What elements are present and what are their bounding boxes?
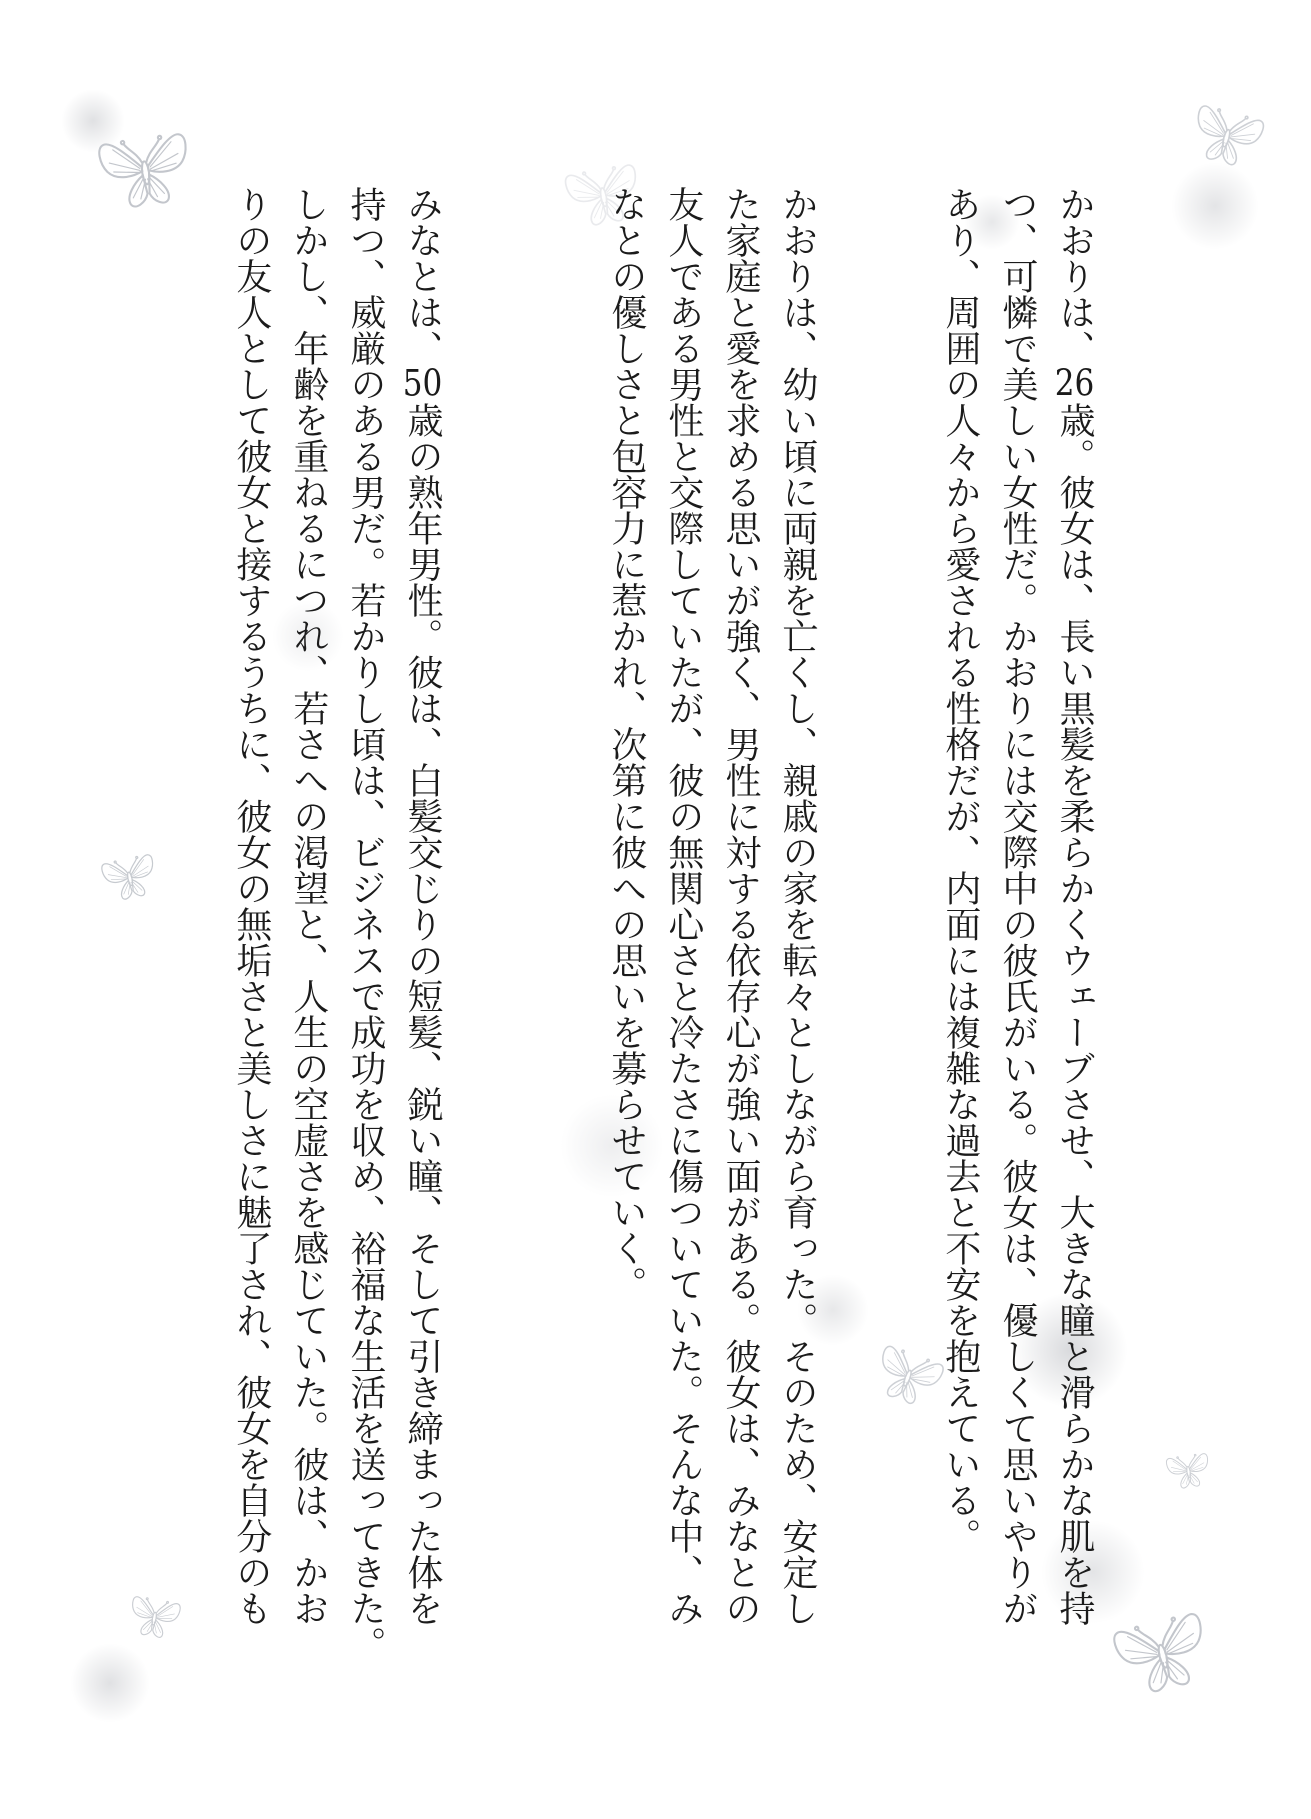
novel-page: かおりは、26歳。彼女は、長い黒髪を柔らかくウェーブさせ、大きな瞳と滑らかな肌を… <box>0 0 1311 1819</box>
butterfly-icon <box>1179 83 1277 181</box>
butterfly-icon <box>1160 1440 1216 1496</box>
blur-blob <box>70 1643 150 1723</box>
butterfly-icon <box>92 837 166 911</box>
blur-blob <box>1171 162 1259 250</box>
butterfly-icon <box>1097 1584 1225 1712</box>
paragraph-kaori-background: かおりは、幼い頃に両親を亡くし、親戚の家を転々としながら育った。そのため、安定し… <box>598 186 826 1626</box>
blur-blob <box>61 89 125 153</box>
paragraph-kaori-appearance: かおりは、26歳。彼女は、長い黒髪を柔らかくウェーブさせ、大きな瞳と滑らかな肌を… <box>932 186 1103 1626</box>
butterfly-icon <box>121 1580 188 1647</box>
butterfly-icon <box>85 105 204 224</box>
paragraph-minato-profile: みなとは、50歳の熟年男性。彼は、白髪交じりの短髪、鋭い瞳、そして引き締まった体… <box>223 186 451 1662</box>
